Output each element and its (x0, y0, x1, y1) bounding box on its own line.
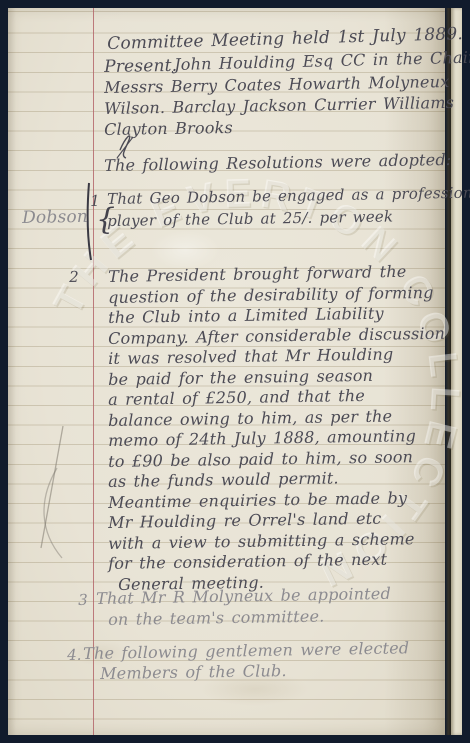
red-margin-rule (93, 8, 94, 735)
ledger-page (8, 8, 445, 735)
minute-book-photo: THE EVERTON COLLECTION THE EVERTON COLLE… (0, 0, 470, 743)
next-page-edge (451, 8, 462, 735)
